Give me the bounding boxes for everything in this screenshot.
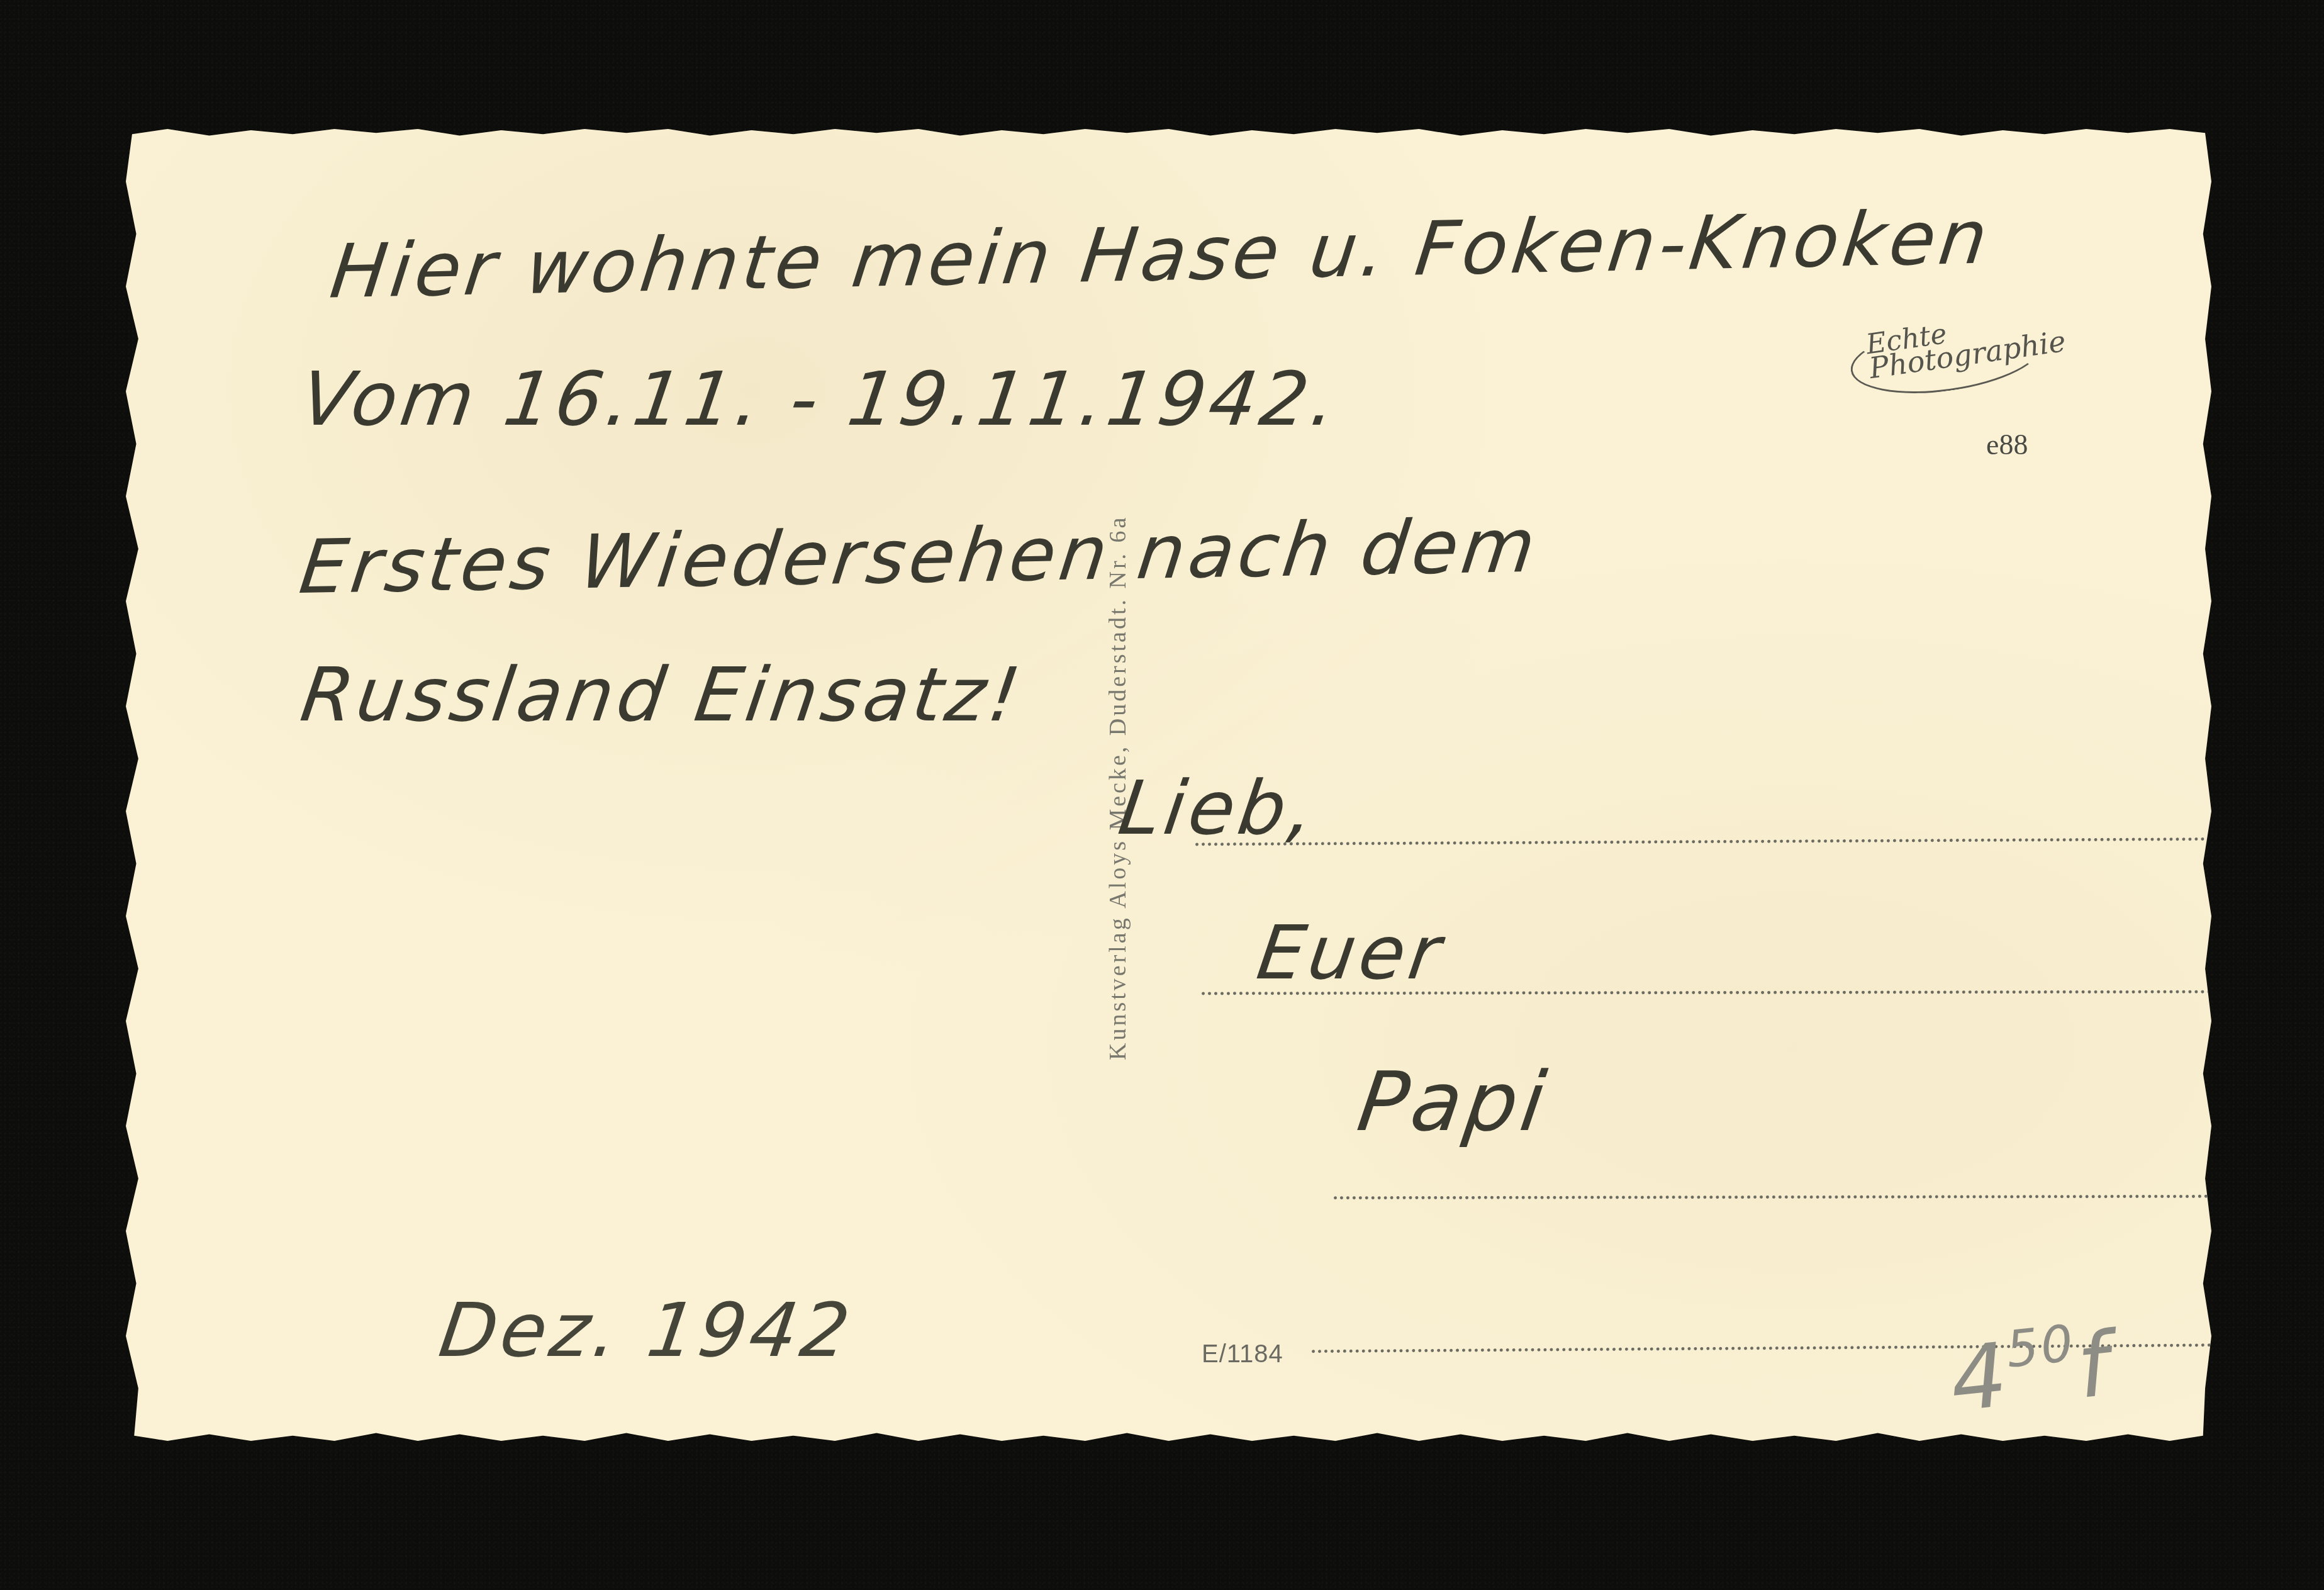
- pencil-superscript: 50: [2003, 1314, 2078, 1379]
- printed-code: e88: [1986, 428, 2028, 461]
- address-line-3: [1334, 1195, 2252, 1200]
- echte-photographie-stamp: Echte Photographie: [1845, 305, 2049, 406]
- pencil-price-note: 450f: [1945, 1310, 2116, 1432]
- signature-name: Papi: [1352, 1054, 1555, 1150]
- message-line-4: Russland Einsatz!: [297, 658, 1028, 732]
- message-line-1: Hier wohnte mein Hase u. Foken-Knoken: [327, 199, 1995, 308]
- signature-greeting: Lieb,: [1114, 764, 1323, 851]
- postcard-back: Hier wohnte mein Hase u. Foken-Knoken Vo…: [126, 129, 2211, 1441]
- message-line-2: Vom 16.11. - 19.11.1942.: [297, 362, 1344, 436]
- message-line-3: Erstes Wiedersehen nach dem: [296, 508, 1543, 604]
- publisher-imprint: Kunstverlag Aloys Mecke, Duderstadt. Nr.…: [1104, 431, 1132, 1060]
- catalog-number: E/1184: [1202, 1340, 1283, 1369]
- pencil-suffix: f: [2072, 1313, 2116, 1419]
- signature-closing: Euer: [1252, 909, 1450, 996]
- pencil-main: 4: [1945, 1324, 2014, 1432]
- address-line-1: [1195, 837, 2255, 846]
- message-date: Dez. 1942: [434, 1287, 858, 1374]
- address-line-4: [1312, 1343, 2255, 1353]
